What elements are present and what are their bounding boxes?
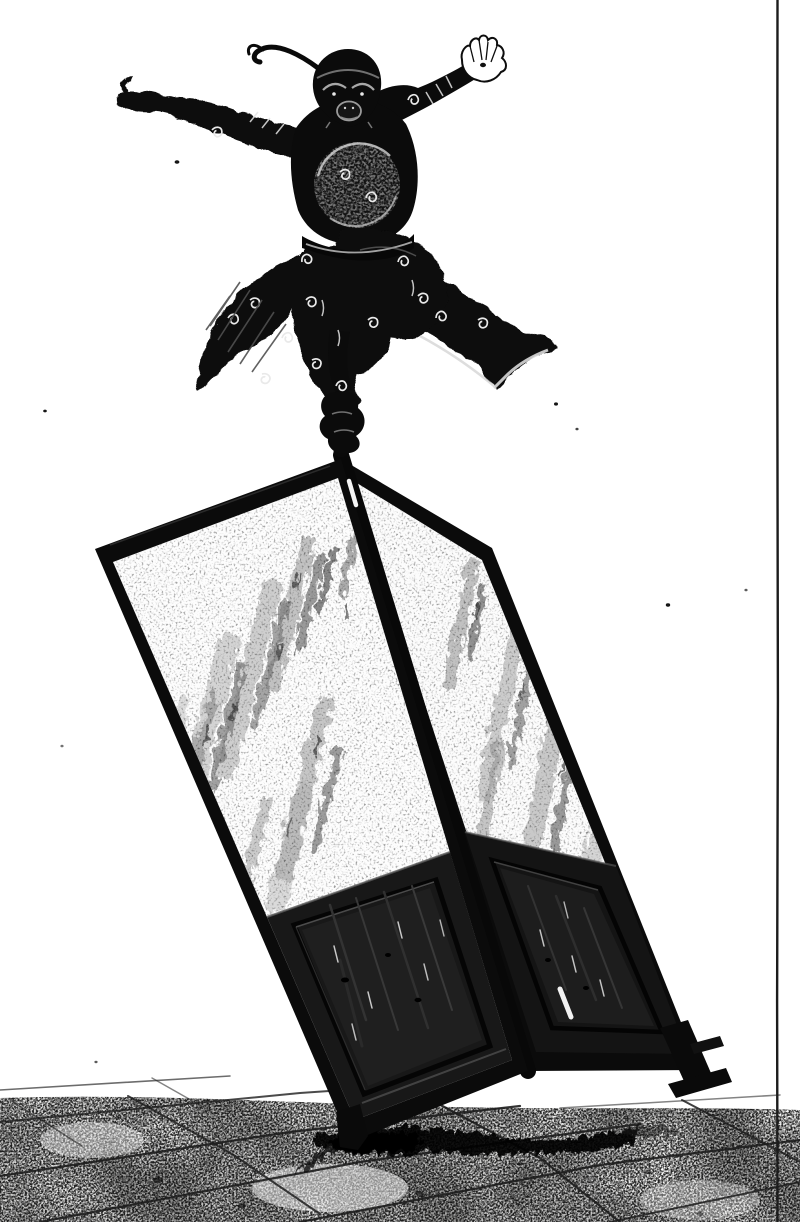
floor-light-patch <box>40 1122 144 1158</box>
manga-panel-art <box>0 0 800 1222</box>
page-border-right <box>777 0 778 1222</box>
chest-medallion <box>314 142 400 228</box>
manga-page <box>0 0 800 1222</box>
floor-light-patch <box>252 1164 408 1212</box>
